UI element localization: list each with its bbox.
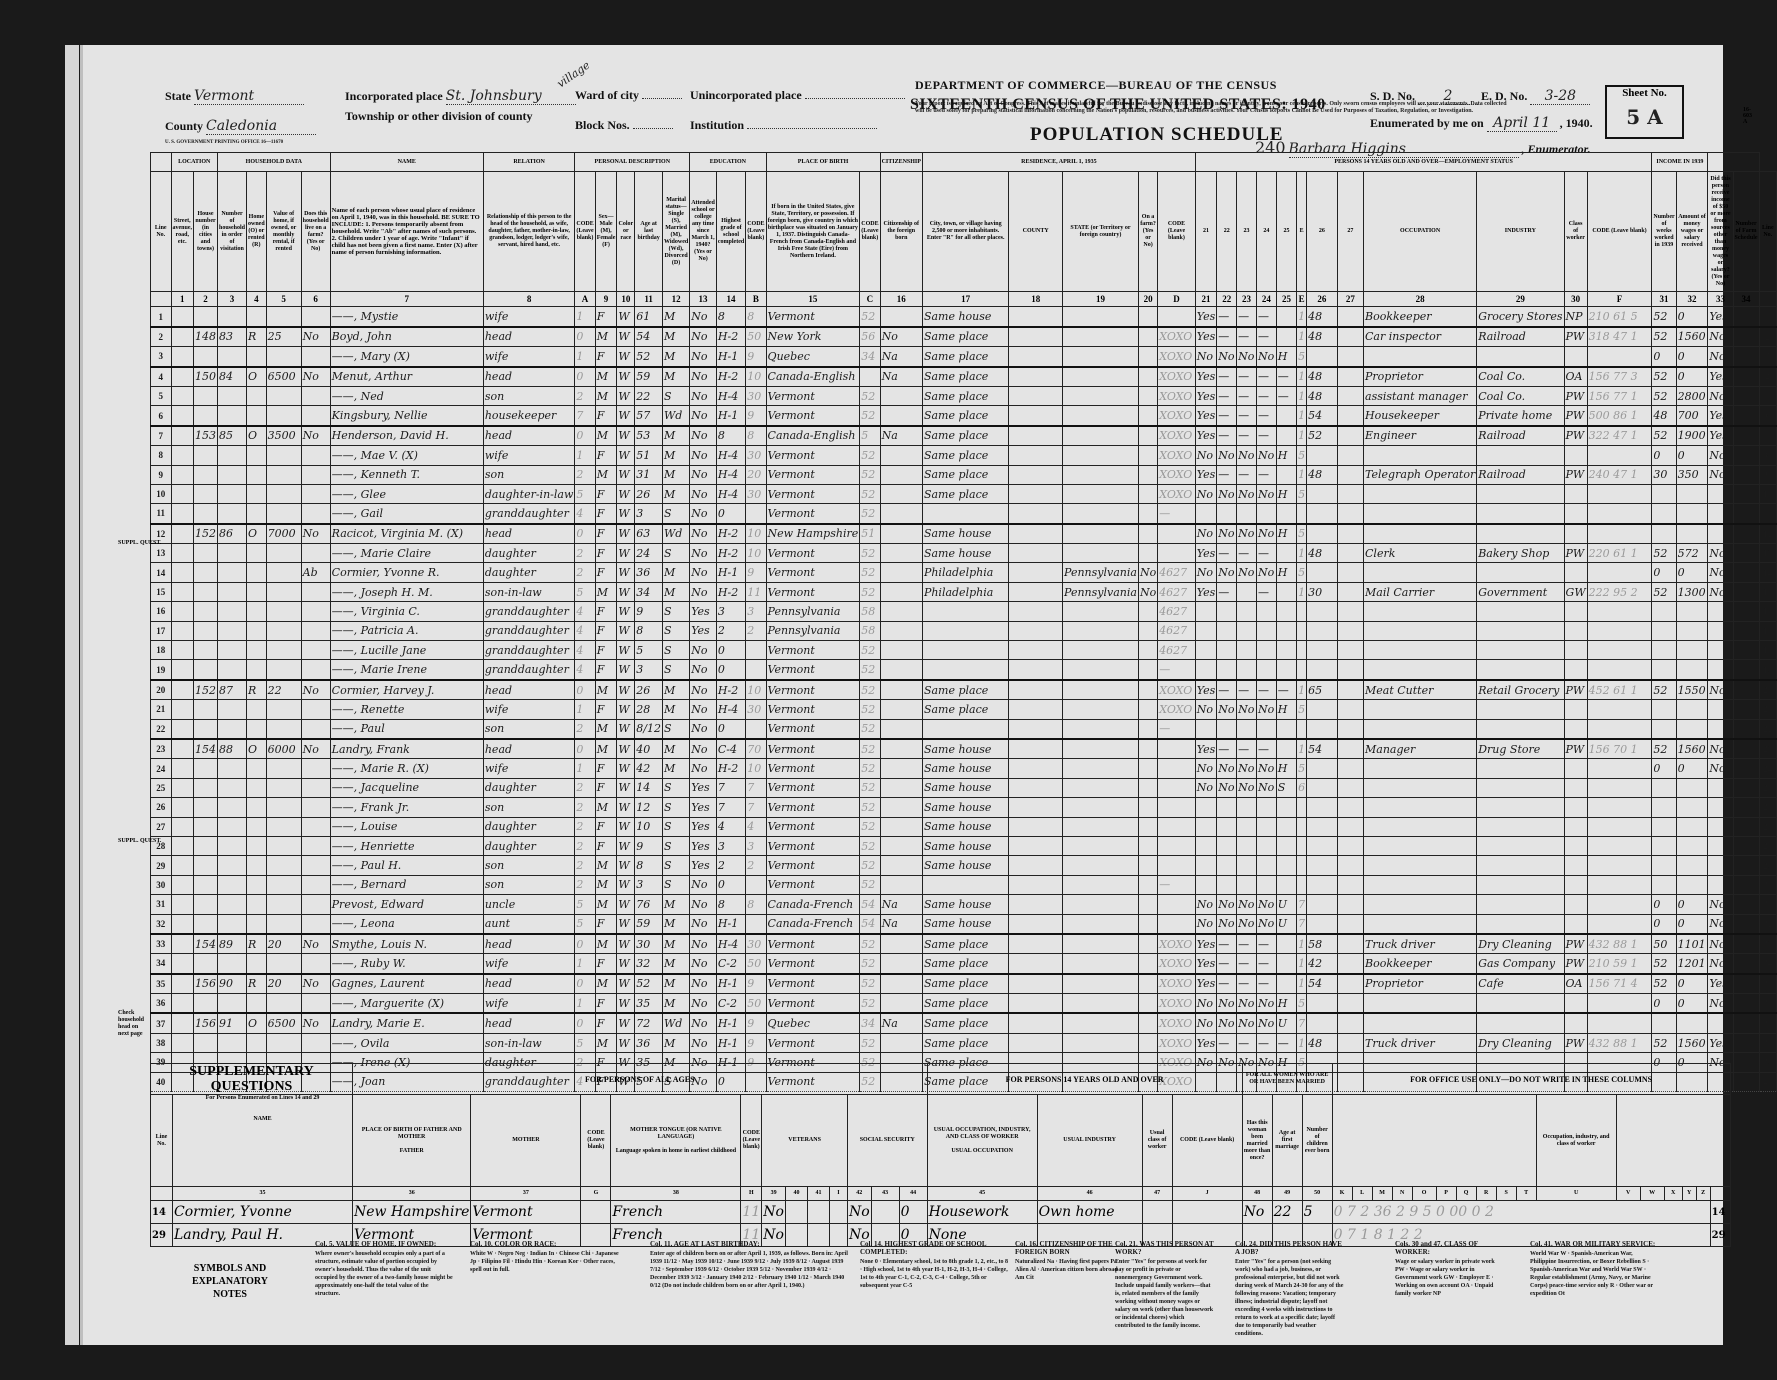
cell-street [171,406,194,426]
cell-weeks [1652,602,1676,621]
cell-res-county [1009,426,1063,446]
line-number: 32 [151,914,172,934]
cell-c27 [1337,327,1363,347]
supp-line-right: 14 [1710,1201,1730,1224]
note-col10: Col. 10. COLOR OR RACE:White W · Negro N… [470,1240,620,1274]
cell-res-city: Same place [922,680,1008,700]
cell-sex: F [595,621,617,640]
cell-wages [1676,504,1708,524]
cell-c22 [1217,602,1237,621]
cell-cls: PW [1564,680,1587,700]
cell-occ: Proprietor [1364,367,1477,387]
cell-c22 [1217,660,1237,680]
cell-value [266,563,301,582]
cell-cls [1564,602,1587,621]
cell-weeks: 52 [1652,426,1676,446]
cell-occ [1364,778,1477,797]
cell-c27 [1337,700,1363,719]
column-number: 1 [171,292,194,307]
cell-rel: wife [483,307,575,327]
cell-farm [301,504,330,524]
cell-rel: daughter [483,563,575,582]
table-row: 31Prevost, Edwarduncle5MW76MNo88Canada-F… [151,895,1777,914]
supp-marker-14: SUPPL. QUEST. [118,540,161,547]
line-number: 18 [1759,641,1776,660]
cell-a: 0 [575,680,595,700]
column-number: E [1297,292,1307,307]
cell-birth: Vermont [766,446,860,465]
cell-sch: No [690,406,717,426]
cell-grd: 0 [716,660,745,680]
cell-grd: H-1 [716,563,745,582]
cell-sex: M [595,934,617,954]
cell-value [266,798,301,817]
cell-occ: Clerk [1364,544,1477,563]
cell-c22: No [1217,524,1237,544]
cell-occ: Car inspector [1364,327,1477,347]
cell-c26: 48 [1307,465,1338,484]
cell-res-city: Same house [922,307,1008,327]
supp-column-number: 49 [1272,1187,1302,1201]
cell-ind [1477,798,1564,817]
cell-occ: Truck driver [1364,934,1477,954]
cell-birth: Vermont [766,307,860,327]
supp-column-number: 38 [611,1187,741,1201]
table-row: 27——, Louisedaughter2FW10SYes44Vermont52… [151,817,1777,836]
cell-c27 [1337,680,1363,700]
cell-grd: H-1 [716,347,745,367]
cell-res-county [1009,563,1063,582]
supp-cell-i [829,1201,847,1224]
cell-c23: — [1237,327,1257,347]
column-number: 20 [1138,292,1157,307]
enumerated-field: Enumerated by me on April 11 , 1940. [1370,115,1593,132]
cell-res-farm [1138,856,1157,875]
cell-age: 5 [635,641,663,660]
cell-occ [1364,895,1477,914]
supp-column-number: U [1536,1187,1616,1201]
cell-res-state [1063,1033,1139,1052]
cell-grd: H-4 [716,484,745,503]
cell-grd: H-4 [716,934,745,954]
supp-title: SUPPLEMENTARY QUESTIONS [151,1064,353,1095]
cell-c25 [1276,602,1296,621]
cell-res-state [1063,759,1139,778]
cell-birth: Vermont [766,406,860,426]
cell-mar: M [662,582,689,601]
cell-cls [1564,895,1587,914]
cell-c24: — [1256,739,1276,759]
cell-d [1158,798,1196,817]
cell-hh [218,1033,247,1052]
hdr-res-city: City, town, or village having 2,500 or m… [922,172,1008,292]
cell-race: W [617,836,635,855]
cell-c23: — [1237,974,1257,994]
cell-c22: No [1217,347,1237,367]
cell-res-farm [1138,739,1157,759]
table-row: 14AbCormier, Yvonne R.daughter2FW36MNoH-… [151,563,1777,582]
cell-c26: 54 [1307,406,1338,426]
cell-house [194,836,218,855]
group-relation: RELATION [483,153,575,172]
cell-farm [301,954,330,974]
cell-a: 1 [575,700,595,719]
cell-hh [218,307,247,327]
cell-mar: M [662,934,689,954]
table-row: 18——, Lucille Janegranddaughter4FW5SNo0V… [151,641,1777,660]
cell-hh [218,582,247,601]
cell-age: 34 [635,582,663,601]
cell-rel: son [483,465,575,484]
table-row: 3515690R20NoGagnes, Laurenthead0MW52MNoH… [151,974,1777,994]
cell-ind [1477,641,1564,660]
line-number: 35 [1759,974,1776,994]
cell-farm [301,778,330,797]
hdr-sex: Sex—Male (M), Female (F) [595,172,617,292]
column-number: 3 [218,292,247,307]
cell-occ [1364,446,1477,465]
cell-b: 9 [746,406,766,426]
cell-own: O [247,367,267,387]
cell-mar: M [662,680,689,700]
cell-birth: Vermont [766,544,860,563]
cell-c24: No [1256,914,1276,934]
table-row: 19——, Marie Irenegranddaughter4FW3SNo0Ve… [151,660,1777,680]
cell-b: 30 [746,934,766,954]
cell-c25 [1276,934,1296,954]
cell-birth: Vermont [766,680,860,700]
cell-res-city: Same place [922,426,1008,446]
cell-mar: M [662,563,689,582]
supp-column-number [1710,1187,1730,1201]
cell-c25 [1276,582,1296,601]
cell-farm: No [301,1013,330,1033]
cell-farm: No [301,974,330,994]
line-number: 21 [151,700,172,719]
cell-house [194,602,218,621]
note-col24: Col. 24. DID THIS PERSON HAVE A JOB?Ente… [1235,1240,1345,1338]
cell-ind: Gas Company [1477,954,1564,974]
cell-value [266,875,301,894]
cell-c25: U [1276,1013,1296,1033]
cell-hh [218,406,247,426]
cell-d: XOXO [1158,700,1196,719]
cell-f [1587,914,1652,934]
cell-c22: — [1217,1033,1237,1052]
cell-birth: Vermont [766,1033,860,1052]
cell-age: 63 [635,524,663,544]
cell-ind [1477,994,1564,1014]
cell-house [194,817,218,836]
cell-cls [1564,994,1587,1014]
cell-c24: — [1256,544,1276,563]
census-title: SIXTEENTH CENSUS OF THE UNITED STATES: 1… [910,96,1326,114]
cell-c26: 58 [1307,934,1338,954]
cell-c24: No [1256,524,1276,544]
cell-b: 9 [746,974,766,994]
cell-age: 59 [635,914,663,934]
cell-other [1708,875,1733,894]
cell-fs [1733,426,1759,446]
cell-c: 34 [860,347,880,367]
cell-occ [1364,602,1477,621]
cell-weeks [1652,1013,1676,1033]
cell-c24: — [1256,974,1276,994]
cell-f: 500 86 1 [1587,406,1652,426]
column-number: 22 [1217,292,1237,307]
cell-res-farm [1138,954,1157,974]
cell-a: 0 [575,327,595,347]
supp-cell-name: Cormier, Yvonne [173,1201,353,1224]
supp-column-number: J [1172,1187,1242,1201]
cell-c24 [1256,836,1276,855]
cell-other [1708,817,1733,836]
cell-weeks [1652,700,1676,719]
cell-sex: M [595,582,617,601]
cell-wages: 0 [1676,307,1708,327]
table-row: 29——, Paul H.son2MW8SYes22Vermont52Same … [151,856,1777,875]
cell-c23 [1237,660,1257,680]
cell-a: 2 [575,836,595,855]
cell-b: 8 [746,895,766,914]
cell-occ [1364,641,1477,660]
department-title: DEPARTMENT OF COMMERCE—BUREAU OF THE CEN… [915,78,1277,93]
cell-c21: Yes [1195,582,1216,601]
cell-hh: 90 [218,974,247,994]
cell-c24: — [1256,934,1276,954]
table-row: 3715691O6500NoLandry, Marie E.head0FW72W… [151,1013,1777,1033]
cell-other [1708,836,1733,855]
cell-c: 52 [860,759,880,778]
line-number: 20 [151,680,172,700]
supp-women: FOR ALL WOMEN WHO ARE OR HAVE BEEN MARRI… [1242,1064,1332,1095]
cell-age: 22 [635,386,663,405]
cell-res-county [1009,778,1063,797]
cell-rel: head [483,426,575,446]
cell-farm: No [301,934,330,954]
cell-c24: — [1256,307,1276,327]
cell-sex: M [595,719,617,739]
cell-res-farm [1138,621,1157,640]
line-number: 33 [1759,934,1776,954]
cell-house: 156 [194,974,218,994]
cell-res-county [1009,934,1063,954]
cell-c27 [1337,641,1363,660]
cell-a: 0 [575,524,595,544]
cell-sch: No [690,524,717,544]
line-number: 11 [1759,504,1776,524]
cell-grd: H-2 [716,544,745,563]
cell-c25: — [1276,1033,1296,1052]
cell-c: 52 [860,836,880,855]
cell-occ [1364,836,1477,855]
cell-a: 1 [575,307,595,327]
cell-own [247,836,267,855]
cell-cit [880,446,922,465]
cell-e: 1 [1297,544,1307,563]
cell-c: 52 [860,719,880,739]
cell-house [194,406,218,426]
cell-fs [1733,641,1759,660]
cell-value [266,602,301,621]
cell-weeks: 0 [1652,446,1676,465]
cell-street [171,504,194,524]
sheet-number: 5 A [1607,105,1682,129]
cell-ind [1477,602,1564,621]
cell-c22: — [1217,465,1237,484]
line-number: 23 [1759,739,1776,759]
cell-own [247,875,267,894]
cell-c25 [1276,798,1296,817]
line-number: 21 [1759,700,1776,719]
cell-weeks [1652,484,1676,503]
cell-sch: No [690,914,717,934]
column-number: 5 [266,292,301,307]
cell-cls [1564,914,1587,934]
cell-b [746,660,766,680]
cell-sch: Yes [690,817,717,836]
cell-c22: — [1217,739,1237,759]
cell-a: 2 [575,563,595,582]
cell-c: 52 [860,778,880,797]
supp-cell-line: 29 [151,1224,173,1247]
cell-f: 220 61 1 [1587,544,1652,563]
column-number: 4 [247,292,267,307]
cell-grd: H-1 [716,1013,745,1033]
cell-other [1708,798,1733,817]
supp-cell-g [581,1201,611,1224]
cell-ind [1477,817,1564,836]
cell-birth: Canada-English [766,367,860,387]
cell-age: 32 [635,954,663,974]
line-number: 11 [151,504,172,524]
cell-wages: 0 [1676,446,1708,465]
cell-cit: Na [880,1013,922,1033]
cell-a: 7 [575,406,595,426]
cell-farm [301,700,330,719]
cell-wages [1676,836,1708,855]
cell-name: Racicot, Virginia M. (X) [330,524,483,544]
cell-sex: F [595,954,617,974]
printing-office: U. S. GOVERNMENT PRINTING OFFICE 16—1167… [165,140,283,145]
table-row: 2015287R22NoCormier, Harvey J.head0MW26M… [151,680,1777,700]
cell-ind: Government [1477,582,1564,601]
cell-house: 154 [194,934,218,954]
cell-mar: S [662,660,689,680]
cell-d: XOXO [1158,484,1196,503]
cell-fs [1733,1033,1759,1052]
cell-a: 5 [575,484,595,503]
cell-f [1587,524,1652,544]
cell-farm [301,994,330,1014]
cell-grd: H-1 [716,1033,745,1052]
column-number: 24 [1256,292,1276,307]
cell-birth: Vermont [766,582,860,601]
cell-res-state [1063,778,1139,797]
cell-c22 [1217,621,1237,640]
cell-a: 2 [575,386,595,405]
group-birth: PLACE OF BIRTH [766,153,880,172]
cell-race: W [617,367,635,387]
line-number: 16 [151,602,172,621]
cell-value [266,641,301,660]
cell-cit: Na [880,895,922,914]
cell-other: No [1708,954,1733,974]
cell-wages: 1101 [1676,934,1708,954]
cell-hh [218,641,247,660]
cell-c: 34 [860,1013,880,1033]
note-col14: Col. 14. HIGHEST GRADE OF SCHOOL COMPLET… [860,1240,1010,1290]
hdr-res-state: STATE (or Territory or foreign country) [1063,172,1139,292]
cell-c22: — [1217,426,1237,446]
cell-sch: No [690,426,717,446]
cell-weeks: 0 [1652,759,1676,778]
cell-d [1158,914,1196,934]
cell-grd: 3 [716,836,745,855]
cell-c: 51 [860,524,880,544]
cell-hh: 84 [218,367,247,387]
cell-res-city: Same house [922,524,1008,544]
cell-res-county [1009,700,1063,719]
cell-c21 [1195,621,1216,640]
cell-sex: M [595,739,617,759]
cell-c: 52 [860,954,880,974]
cell-c23: — [1237,934,1257,954]
cell-c: 52 [860,582,880,601]
cell-occ [1364,856,1477,875]
cell-value: 20 [266,934,301,954]
cell-name: Henderson, David H. [330,426,483,446]
cell-other: Yes [1708,406,1733,426]
cell-occ: Bookkeeper [1364,954,1477,974]
cell-other [1708,1013,1733,1033]
cell-cit [880,798,922,817]
cell-res-county [1009,484,1063,503]
cell-rel: head [483,680,575,700]
cell-res-state [1063,465,1139,484]
supp-column-number: W [1640,1187,1664,1201]
cell-age: 59 [635,367,663,387]
cell-c22: No [1217,700,1237,719]
cell-own: O [247,1013,267,1033]
table-row: 15——, Joseph H. M.son-in-law5MW34MNoH-21… [151,582,1777,601]
cell-f: 318 47 1 [1587,327,1652,347]
cell-street [171,367,194,387]
cell-c23: No [1237,759,1257,778]
cell-grd: 2 [716,856,745,875]
cell-birth: Canada-English [766,426,860,446]
cell-weeks: 52 [1652,680,1676,700]
cell-d [1158,836,1196,855]
column-number: 13 [690,292,717,307]
hdr-house-no: House number (in cities and towns) [194,172,218,292]
cell-e [1297,621,1307,640]
cell-res-county [1009,465,1063,484]
cell-rel: head [483,367,575,387]
cell-wages: 2800 [1676,386,1708,405]
cell-res-farm [1138,895,1157,914]
cell-c23: — [1237,465,1257,484]
hdr-citizenship: Citizenship of the foreign born [880,172,922,292]
line-number: 1 [1759,307,1776,327]
cell-cls [1564,778,1587,797]
cell-c26: 52 [1307,426,1338,446]
cell-res-farm [1138,524,1157,544]
cell-sch: No [690,327,717,347]
cell-res-state [1063,367,1139,387]
cell-c27 [1337,307,1363,327]
cell-race: W [617,582,635,601]
